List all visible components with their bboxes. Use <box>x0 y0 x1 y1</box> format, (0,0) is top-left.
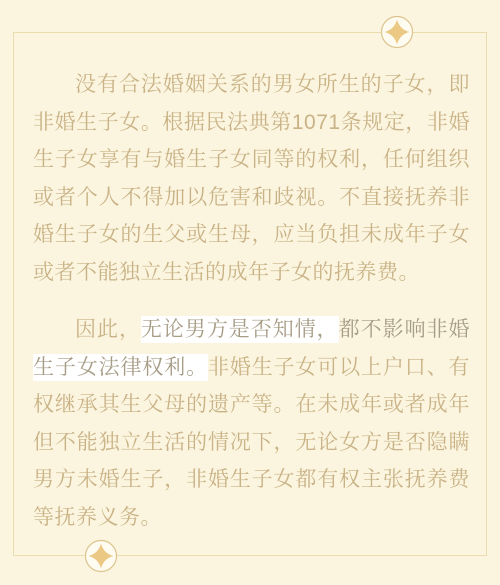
paragraph: 没有合法婚姻关系的男女所生的子女，即非婚生子女。根据民法典第1071条规定，非婚… <box>33 66 470 291</box>
article-page: 没有合法婚姻关系的男女所生的子女，即非婚生子女。根据民法典第1071条规定，非婚… <box>0 0 500 585</box>
sparkle-ornament-bottom <box>84 539 118 573</box>
sparkle-ornament-top <box>380 15 414 49</box>
highlighted-text-segment: 生子女法律权利。 <box>33 354 208 381</box>
highlighted-text-segment: 无论男方是否知情， <box>141 316 339 343</box>
article-body: 没有合法婚姻关系的男女所生的子女，即非婚生子女。根据民法典第1071条规定，非婚… <box>33 66 470 536</box>
paragraph: 因此，无论男方是否知情，都不影响非婚生子女法律权利。非婚生子女可以上户口、有权继… <box>33 311 470 536</box>
text-segment: 没有合法婚姻关系的男女所生的子女，即非婚生子女。根据民法典第1071条规定，非婚… <box>33 73 470 284</box>
sparkle-icon <box>380 15 414 49</box>
emphasis-text-segment: 都不影响非婚 <box>339 318 470 341</box>
sparkle-icon <box>84 539 118 573</box>
text-segment: 非婚生子女可以上户口、有权继承其生父母的遗产等。在未成年或者成年但不能独立生活的… <box>33 356 470 529</box>
text-segment: 因此， <box>75 318 141 341</box>
